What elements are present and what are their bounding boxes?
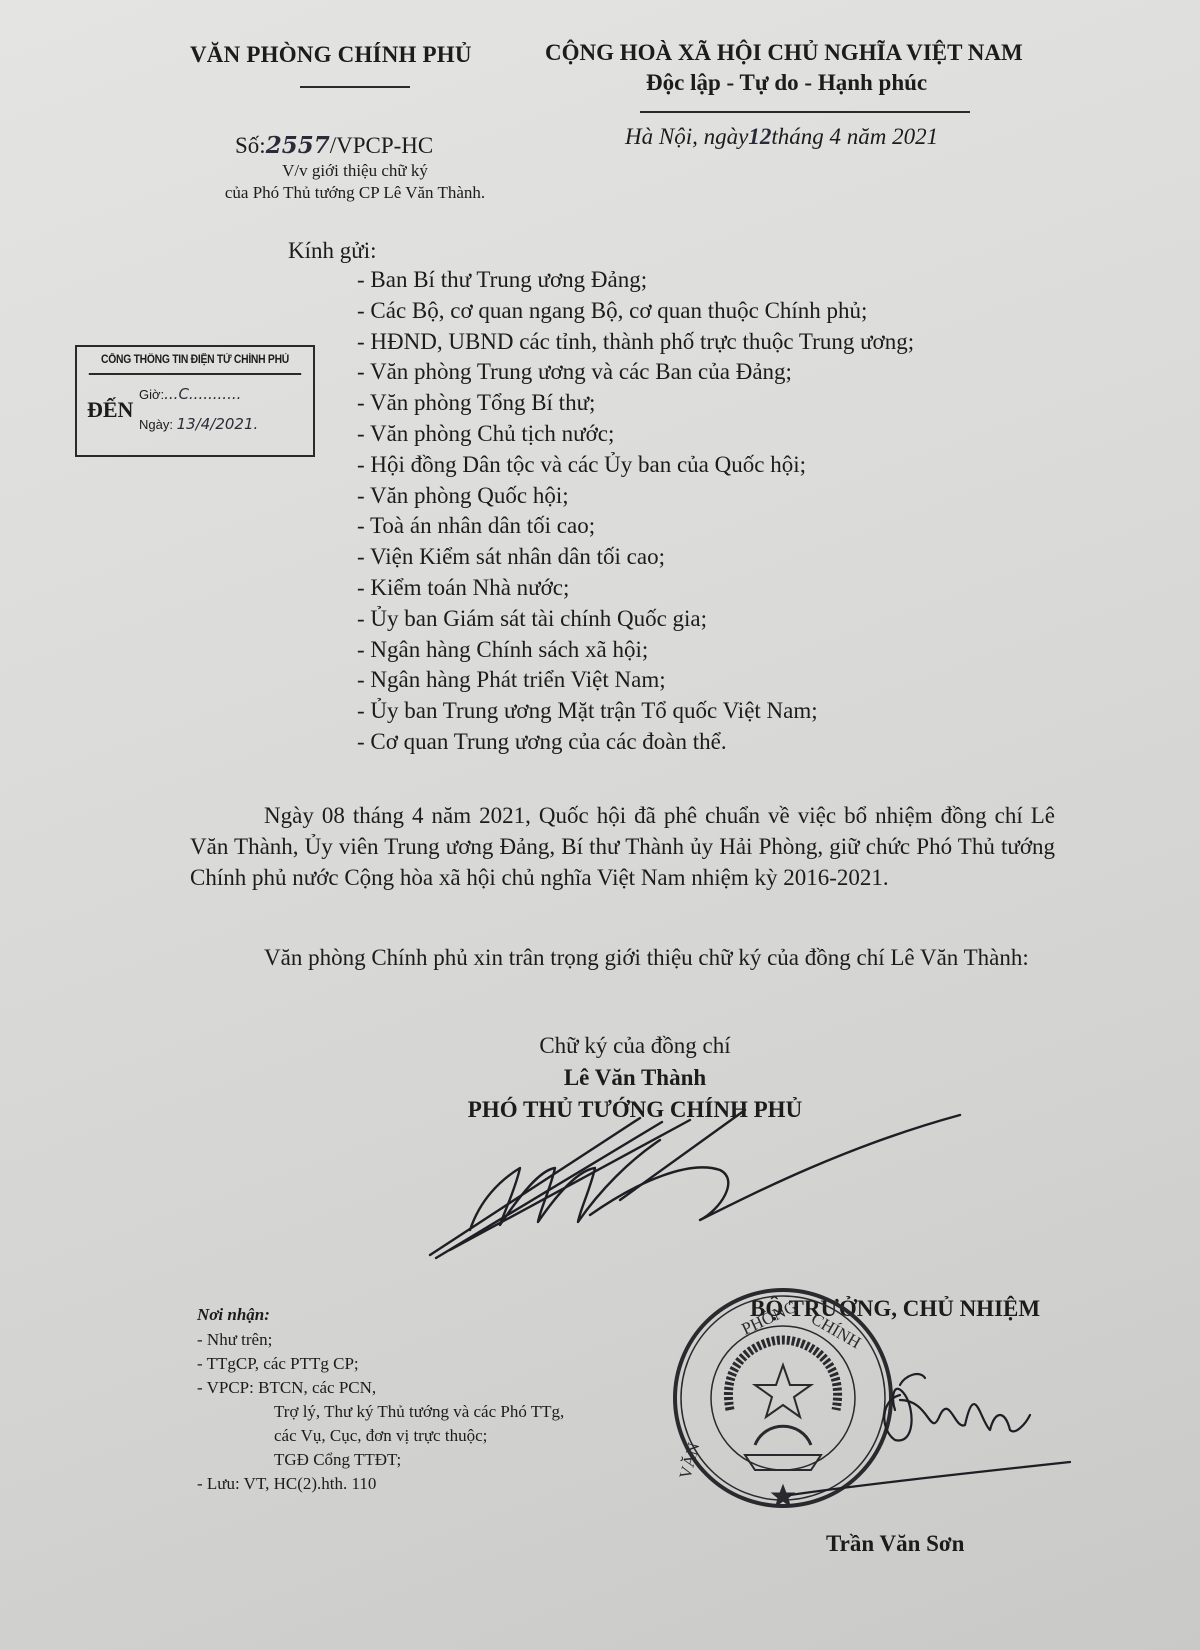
recipient-item: - Ngân hàng Chính sách xã hội; — [357, 635, 914, 666]
distribution-title: Nơi nhận: — [197, 1305, 270, 1325]
recipient-list: - Ban Bí thư Trung ương Đảng; - Các Bộ, … — [357, 265, 914, 758]
recipient-item: - Văn phòng Chủ tịch nước; — [357, 419, 914, 450]
distribution-item: - Như trên; — [197, 1328, 564, 1352]
stamp-time: Giờ:...C........... — [139, 385, 241, 403]
signatory-title: BỘ TRƯỞNG, CHỦ NHIỆM — [750, 1296, 1040, 1322]
recipient-item: - Văn phòng Trung ương và các Ban của Đả… — [357, 357, 914, 388]
recipient-item: - Ủy ban Trung ương Mặt trận Tổ quốc Việ… — [357, 696, 914, 727]
recipient-item: - Ngân hàng Phát triển Việt Nam; — [357, 665, 914, 696]
svg-text:VĂN: VĂN — [676, 1441, 704, 1482]
recipient-item: - Toà án nhân dân tối cao; — [357, 511, 914, 542]
distribution-item: các Vụ, Cục, đơn vị trực thuộc; — [197, 1424, 564, 1448]
recipient-item: - Văn phòng Tổng Bí thư; — [357, 388, 914, 419]
handwritten-doc-number: 2557 — [266, 132, 330, 159]
official-seal-icon: PHÒNG CHÍNH VĂN — [675, 1290, 891, 1506]
distribution-item: - VPCP: BTCN, các PCN, — [197, 1376, 564, 1400]
place-and-date: Hà Nội, ngày12tháng 4 năm 2021 — [625, 124, 938, 150]
issuing-agency: VĂN PHÒNG CHÍNH PHỦ — [190, 42, 472, 68]
recipient-item: - Ủy ban Giám sát tài chính Quốc gia; — [357, 604, 914, 635]
distribution-list: - Như trên; - TTgCP, các PTTg CP; - VPCP… — [197, 1328, 564, 1496]
recipient-item: - Viện Kiểm sát nhân dân tối cao; — [357, 542, 914, 573]
distribution-item: - TTgCP, các PTTg CP; — [197, 1352, 564, 1376]
specimen-title: PHÓ THỦ TƯỚNG CHÍNH PHỦ — [420, 1094, 850, 1126]
specimen-name: Lê Văn Thành — [420, 1062, 850, 1094]
national-title: CỘNG HOÀ XÃ HỘI CHỦ NGHĨA VIỆT NAM — [545, 40, 1023, 66]
motto-underline — [640, 111, 970, 113]
receipt-stamp: CỔNG THÔNG TIN ĐIỆN TỬ CHÍNH PHỦ ĐẾN Giờ… — [75, 345, 315, 457]
recipient-item: - Các Bộ, cơ quan ngang Bộ, cơ quan thuộ… — [357, 296, 914, 327]
minister-signature-icon — [790, 1374, 1070, 1495]
document-subject: V/v giới thiệu chữ ký của Phó Thủ tướng … — [190, 160, 520, 204]
recipient-item: - Kiểm toán Nhà nước; — [357, 573, 914, 604]
body-paragraph-2: Văn phòng Chính phủ xin trân trọng giới … — [190, 942, 1055, 973]
recipient-item: - Cơ quan Trung ương của các đoàn thể. — [357, 727, 914, 758]
recipient-item: - Hội đồng Dân tộc và các Ủy ban của Quố… — [357, 450, 914, 481]
stamp-title: CỔNG THÔNG TIN ĐIỆN TỬ CHÍNH PHỦ — [89, 347, 301, 375]
issuer-underline — [300, 86, 410, 88]
recipient-item: - Ban Bí thư Trung ương Đảng; — [357, 265, 914, 296]
specimen-signature-icon — [430, 1110, 960, 1258]
recipient-item: - Văn phòng Quốc hội; — [357, 481, 914, 512]
greeting: Kính gửi: — [288, 238, 377, 264]
signature-specimen-block: Chữ ký của đồng chí Lê Văn Thành PHÓ THỦ… — [420, 1030, 850, 1126]
signatory-name: Trần Văn Sơn — [826, 1531, 964, 1557]
stamp-den-label: ĐẾN — [87, 397, 133, 423]
recipient-item: - HĐND, UBND các tỉnh, thành phố trực th… — [357, 327, 914, 358]
stamp-date: Ngày: 13/4/2021. — [139, 415, 258, 433]
distribution-item: - Lưu: VT, HC(2).hth. 110 — [197, 1472, 564, 1496]
document-number: Số:2557/VPCP-HC — [235, 132, 433, 159]
handwritten-day: 12 — [748, 124, 771, 149]
national-motto: Độc lập - Tự do - Hạnh phúc — [646, 70, 927, 96]
specimen-caption: Chữ ký của đồng chí — [420, 1030, 850, 1062]
distribution-item: Trợ lý, Thư ký Thủ tướng và các Phó TTg, — [197, 1400, 564, 1424]
body-paragraph-1: Ngày 08 tháng 4 năm 2021, Quốc hội đã ph… — [190, 800, 1055, 893]
distribution-item: TGĐ Cổng TTĐT; — [197, 1448, 564, 1472]
